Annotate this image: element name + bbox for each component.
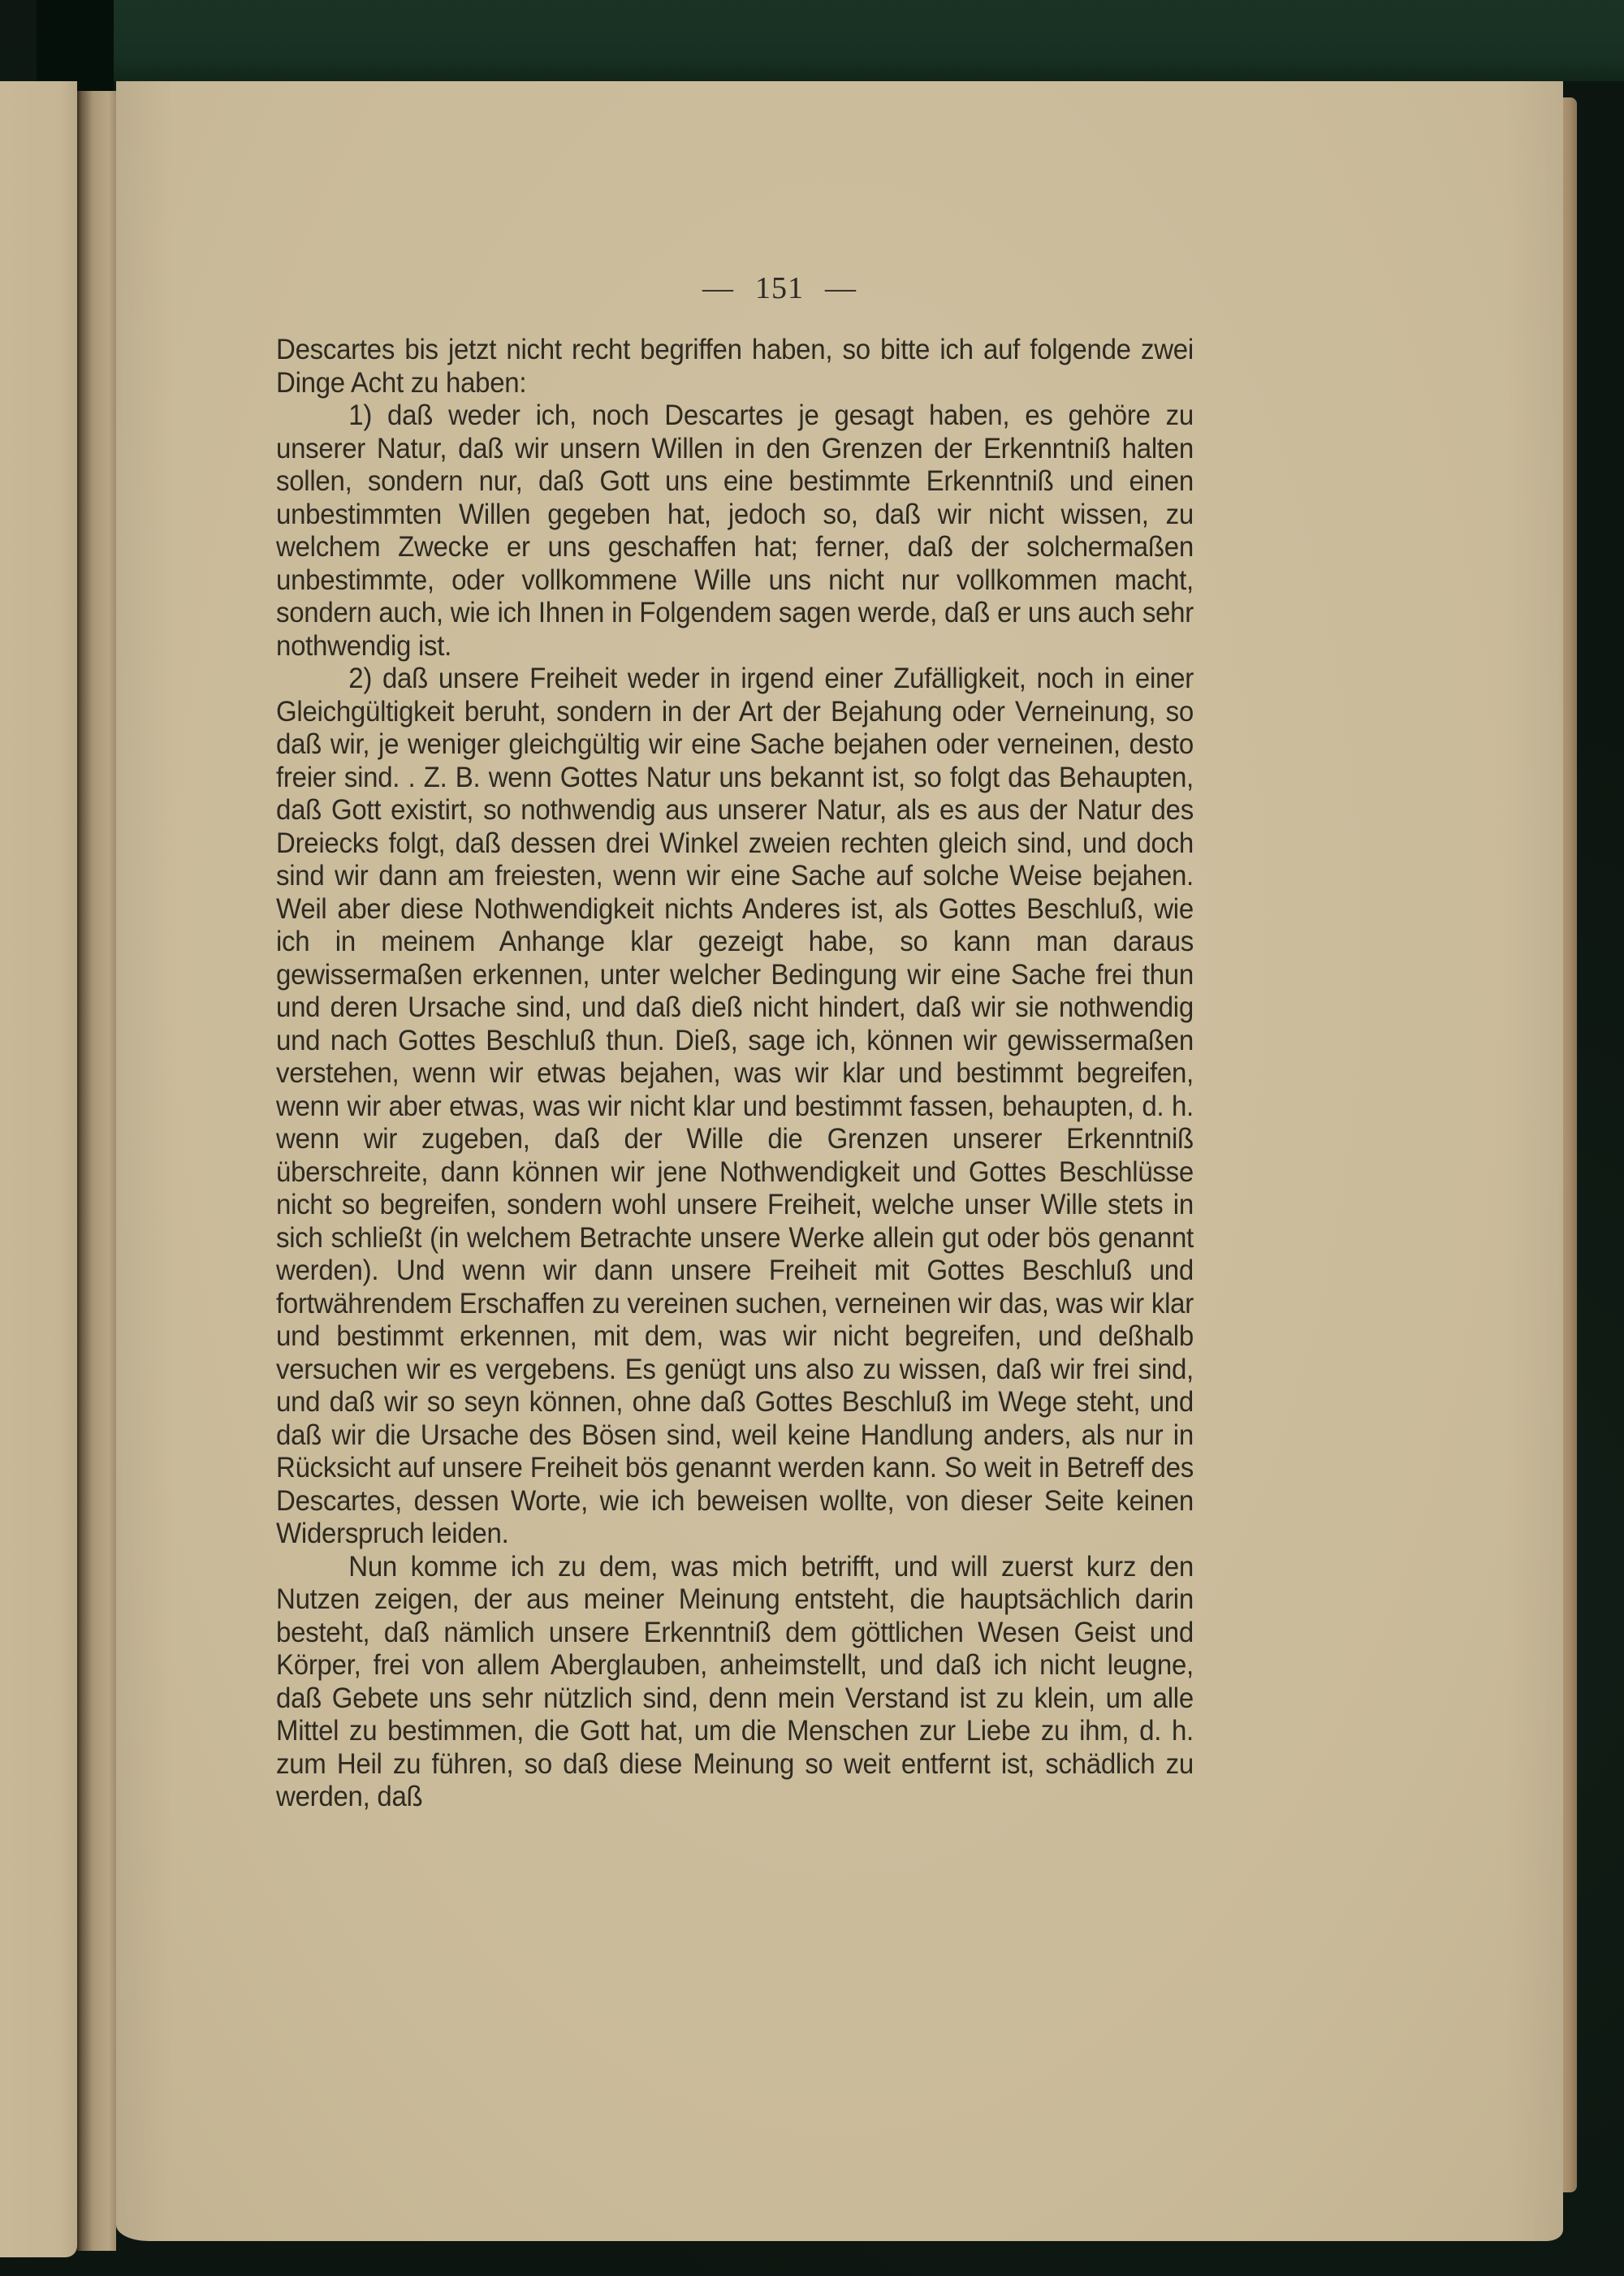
paragraph-point-2: 2) daß unsere Freiheit weder in irgend e… — [276, 662, 1194, 1550]
page-number: 151 — [755, 271, 804, 305]
book-cover-top — [114, 0, 1624, 81]
left-page-edge — [0, 81, 77, 2257]
body-text: Descartes bis jetzt nicht recht begriffe… — [276, 333, 1194, 1813]
paragraph-point-1: 1) daß weder ich, noch Descartes je gesa… — [276, 399, 1194, 662]
page-number-dash-left: — — [702, 270, 734, 306]
book-spine-shadow — [37, 0, 114, 91]
book-gutter — [77, 91, 116, 2251]
page-number-dash-right: — — [825, 270, 857, 306]
page-number-header: —151— — [650, 270, 909, 306]
paragraph-nun-komme-ich: Nun komme ich zu dem, was mich betrifft,… — [276, 1550, 1194, 1813]
paragraph-continuation: Descartes bis jetzt nicht recht begriffe… — [276, 333, 1194, 399]
